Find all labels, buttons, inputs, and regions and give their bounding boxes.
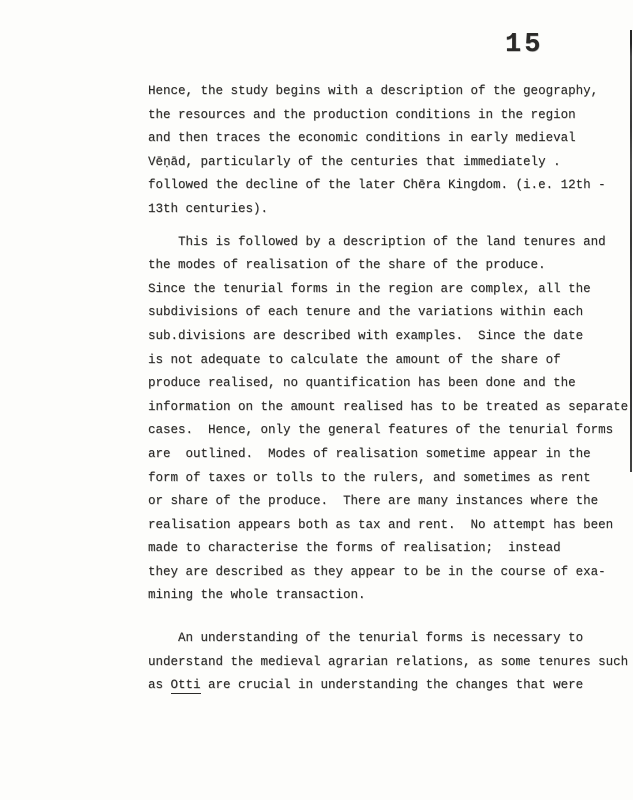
document-text: Hence, the study begins with a descripti… [148, 80, 628, 698]
text-line: followed the decline of the later Chēra … [148, 174, 628, 198]
text-line: cases. Hence, only the general features … [148, 419, 628, 443]
text-line: Since the tenurial forms in the region a… [148, 278, 628, 302]
text-line: is not adequate to calculate the amount … [148, 349, 628, 373]
text-segment: are crucial in understanding the changes… [201, 678, 584, 692]
text-line: the modes of realisation of the share of… [148, 254, 628, 278]
text-line: This is followed by a description of the… [148, 231, 628, 255]
scanned-document-page: 15 Hence, the study begins with a descri… [0, 0, 633, 800]
text-line: realisation appears both as tax and rent… [148, 514, 628, 538]
text-line: made to characterise the forms of realis… [148, 537, 628, 561]
text-line: they are described as they appear to be … [148, 561, 628, 585]
text-line: understand the medieval agrarian relatio… [148, 651, 628, 675]
text-line: form of taxes or tolls to the rulers, an… [148, 467, 628, 491]
text-line: An understanding of the tenurial forms i… [148, 627, 628, 651]
text-line: produce realised, no quantification has … [148, 372, 628, 396]
text-line: or share of the produce. There are many … [148, 490, 628, 514]
paragraph: An understanding of the tenurial forms i… [148, 627, 628, 698]
text-line: are outlined. Modes of realisation somet… [148, 443, 628, 467]
text-line: Hence, the study begins with a descripti… [148, 80, 628, 104]
text-line: and then traces the economic conditions … [148, 127, 628, 151]
paragraph: This is followed by a description of the… [148, 231, 628, 609]
text-line: the resources and the production conditi… [148, 104, 628, 128]
text-line: mining the whole transaction. [148, 584, 628, 608]
text-line: Vēṇād, particularly of the centuries tha… [148, 151, 628, 175]
underlined-term: Otti [171, 678, 201, 694]
page-number: 15 [505, 30, 543, 60]
text-segment: as [148, 678, 171, 692]
text-line: subdivisions of each tenure and the vari… [148, 301, 628, 325]
text-line: information on the amount realised has t… [148, 396, 628, 420]
text-line: 13th centuries). [148, 198, 628, 222]
text-line: as Otti are crucial in understanding the… [148, 674, 628, 698]
paragraph: Hence, the study begins with a descripti… [148, 80, 628, 222]
text-line: sub.divisions are described with example… [148, 325, 628, 349]
scan-artifact-line [630, 30, 633, 472]
